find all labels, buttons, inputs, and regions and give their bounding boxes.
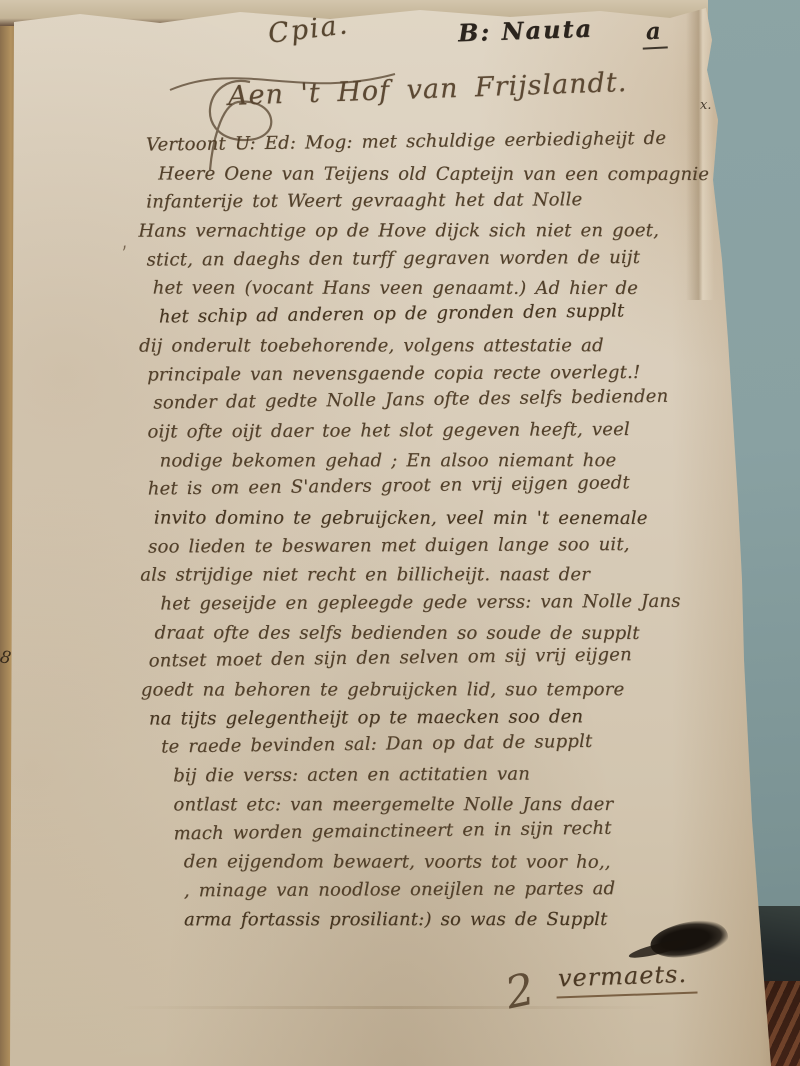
signature-flourish: 2 — [501, 964, 539, 1020]
archivist-name: B: Nauta — [458, 14, 594, 48]
manuscript-line: dij onderult toebehorende, volgens attes… — [139, 332, 732, 361]
manuscript-line: den eijgendom bewaert, voorts tot voor h… — [184, 849, 735, 878]
manuscript-line: infanterije tot Weert gevraaght het dat … — [146, 186, 731, 218]
manuscript-line: het schip ad anderen op de gronden den s… — [159, 296, 732, 332]
folio-letter: a — [641, 17, 667, 49]
signature-text: vermaets. — [555, 960, 697, 999]
manuscript-line: stict, an daeghs den turff gegraven word… — [147, 243, 732, 275]
manuscript-line: soo lieden te beswaren met duigen lange … — [148, 530, 733, 562]
manuscript-line: goedt na behoren te gebruijcken lid, suo… — [141, 676, 734, 705]
paper-bottom-crease — [120, 1006, 660, 1009]
stray-ink-mark: x. — [700, 98, 711, 113]
manuscript-line: als strijdige niet recht en billicheijt.… — [140, 561, 733, 590]
manuscript-body: Vertoont U: Ed: Mog: met schuldige eerbi… — [146, 128, 735, 934]
manuscript-line: te raede bevinden sal: Dan op dat de sup… — [161, 726, 734, 762]
manuscript-line: invito domino te gebruijcken, veel min '… — [154, 504, 733, 533]
manuscript-line: , minage van noodlose oneijlen ne partes… — [184, 874, 735, 906]
manuscript-line: het geseijde en gepleegde gede verss: va… — [160, 587, 733, 619]
manuscript-line: bij die verss: acten en actitatien van — [173, 760, 734, 792]
margin-comma-mark: , — [117, 232, 130, 254]
manuscript-line: Heere Oene van Teijens old Capteijn van … — [158, 160, 731, 189]
manuscript-line: het is om een S'anders groot en vrij eij… — [148, 468, 733, 504]
manuscript-page: Cpia. B: Nauta a Aen 't Hof van Frijslan… — [0, 0, 800, 1066]
manuscript-line: oijt ofte oijt daer toe het slot gegeven… — [147, 415, 732, 447]
manuscript-line: Vertoont U: Ed: Mog: met schuldige eerbi… — [146, 124, 731, 160]
manuscript-line: ontset moet den sijn den selven om sij v… — [148, 640, 733, 676]
manuscript-line: Hans vernachtige op de Hove dijck sich n… — [138, 217, 731, 246]
manuscript-line: sonder dat gedte Nolle Jans ofte des sel… — [153, 382, 732, 418]
document-title: Aen 't Hof van Frijslandt. — [228, 67, 628, 112]
photo-scene: Cpia. B: Nauta a Aen 't Hof van Frijslan… — [0, 0, 800, 1066]
manuscript-line: arma fortassis prosiliant:) so was de Su… — [184, 905, 735, 934]
